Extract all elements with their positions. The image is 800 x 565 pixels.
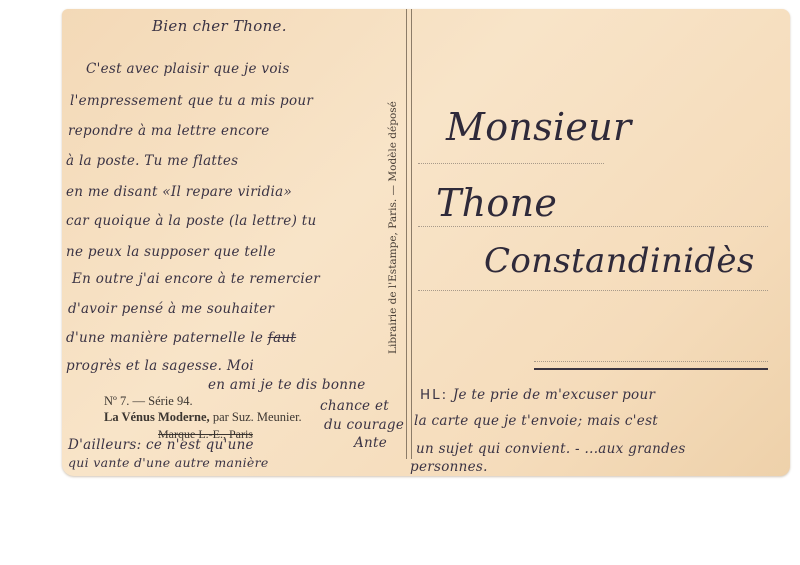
caption-series: Nº 7. — Série 94. (104, 394, 193, 409)
caption-title-line: La Vénus Moderne, par Suz. Meunier. (104, 410, 302, 425)
footnote-line: qui vante d'une autre manière (68, 455, 269, 470)
right-note-line: HL: Je te prie de m'excuser pour (420, 387, 655, 403)
struck-word: faut (268, 330, 296, 346)
address-dotted-line (418, 226, 768, 227)
message-line: C'est avec plaisir que je vois (86, 61, 290, 77)
message-line: l'empressement que tu a mis pour (70, 93, 313, 109)
message-line: du courage (324, 417, 404, 433)
message-line: à la poste. Tu me flattes (66, 153, 238, 169)
message-signature: Ante (354, 435, 387, 451)
message-line: chance et (320, 398, 389, 414)
center-divider (406, 9, 412, 459)
message-line: en ami je te dis bonne (208, 377, 366, 393)
address-dotted-line (418, 163, 604, 164)
address-line-1: Monsieur (446, 105, 631, 149)
message-line: ne peux la supposer que telle (66, 244, 276, 260)
message-line: car quoique à la poste (la lettre) tu (66, 213, 316, 229)
salutation: Bien cher Thone. (152, 17, 287, 35)
message-line: d'avoir pensé à me souhaiter (68, 301, 274, 317)
vertical-imprint: Librairie de l'Estampe, Paris. — Modèle … (387, 101, 399, 354)
right-note-prefix: HL: (420, 387, 448, 403)
message-line: En outre j'ai encore à te remercier (72, 271, 320, 287)
address-solid-line (534, 368, 768, 370)
address-dotted-line (534, 361, 768, 362)
message-line: repondre à ma lettre encore (68, 123, 270, 139)
address-line-3: Constandinidès (484, 241, 755, 281)
right-note-line: personnes. (410, 459, 488, 475)
caption-title: La Vénus Moderne, (104, 410, 210, 424)
footnote-line: D'ailleurs: ce n'est qu'une (68, 437, 254, 453)
message-line: d'une manière paternelle le faut (66, 330, 296, 346)
right-note-line: la carte que je t'envoie; mais c'est (414, 413, 658, 429)
address-line-2: Thone (436, 181, 557, 225)
right-note-line: un sujet qui convient. - ...aux grandes (416, 441, 686, 457)
address-dotted-line (418, 290, 768, 291)
message-line: en me disant «Il repare viridia» (66, 184, 292, 200)
right-note-text: Je te prie de m'excuser pour (453, 387, 655, 403)
caption-author: par Suz. Meunier. (213, 410, 302, 424)
message-line: progrès et la sagesse. Moi (66, 358, 254, 374)
message-line-text: d'une manière paternelle le (66, 330, 263, 346)
postcard: Bien cher Thone. C'est avec plaisir que … (62, 9, 790, 476)
